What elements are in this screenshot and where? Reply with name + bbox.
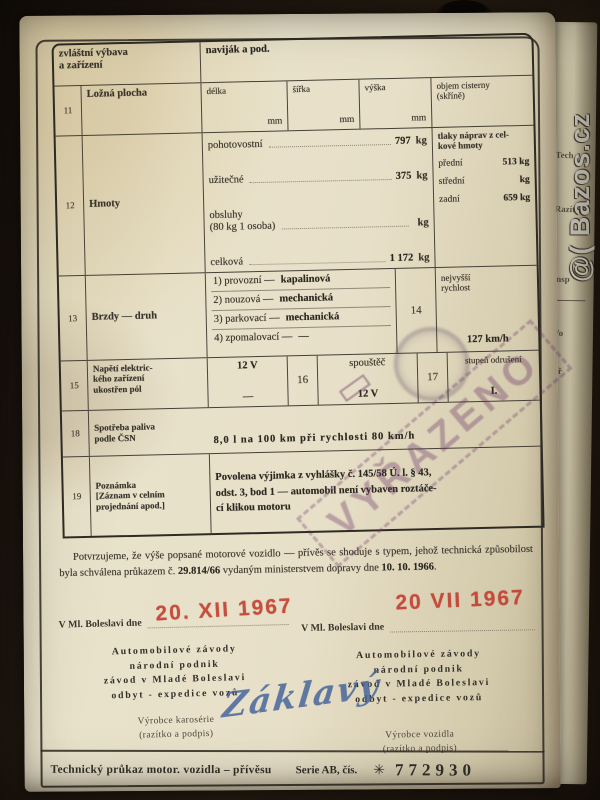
dotted-leader	[249, 261, 386, 265]
dotted-line	[390, 629, 535, 632]
weight-value: 1 172	[390, 252, 414, 265]
weight-label: celková	[210, 256, 243, 269]
voltage-value: 12 V	[237, 360, 258, 373]
brake-line: 4) zpomalovací — —	[212, 326, 391, 348]
brake-kind: 2) nouzová —	[213, 294, 273, 307]
certification-text: vydaným ministerstvem dopravy dne	[220, 563, 381, 577]
brake-value: —	[298, 331, 309, 343]
weight-value: 797	[395, 136, 411, 148]
row12-weights-cell: pohotovostní 797 kg užitečné 375 kg	[202, 128, 435, 272]
document-page: zvláštní výbava a zařízení naviják a pod…	[19, 12, 560, 792]
width-unit: mm	[339, 115, 354, 126]
weight-label: pohotovostní	[208, 139, 263, 152]
dotted-leader	[281, 226, 408, 230]
width-header: šířka	[292, 83, 353, 95]
signing-block-left: V Ml. Boleslavi dne Automobilové závody …	[58, 614, 291, 745]
weight-label: obsluhy (80 kg 1 osoba)	[209, 209, 275, 235]
weight-unit: kg	[417, 217, 428, 229]
special-equipment-value: naviják a pod.	[199, 35, 532, 83]
row15-voltage-cell: 12 V —	[207, 356, 288, 407]
row11-volume-header: objem cisterny (skříně)	[430, 76, 533, 127]
approval-date: 10. 10. 1966	[381, 562, 434, 574]
brake-value: mechanická	[279, 292, 333, 305]
weight-unit: kg	[418, 252, 429, 264]
weight-unit: kg	[416, 135, 427, 147]
footer-strip: Technický průkaz motor. vozidla – přívěs…	[41, 750, 545, 789]
weight-item: užitečné 375 kg	[208, 168, 427, 189]
row11-label: Ložná plocha	[80, 83, 201, 135]
certification-text: .	[434, 562, 437, 573]
length-unit: mm	[267, 117, 282, 128]
row18-label: Spotřeba paliva podle ČSN	[88, 408, 209, 456]
brake-value: mechanická	[286, 311, 340, 324]
axle-label: střední	[439, 176, 465, 188]
brake-value: kapalinová	[281, 273, 331, 286]
weight-value: 375	[396, 170, 412, 182]
weight-item: pohotovostní 797 kg	[208, 133, 427, 154]
row-number: 12	[56, 136, 85, 276]
weight-unit: kg	[416, 170, 427, 182]
axle-value: 513 kg	[503, 157, 530, 169]
document-serial-number: 772930	[395, 760, 476, 780]
axle-label: přední	[438, 158, 463, 169]
place-date-label: V Ml. Boleslavi dne	[58, 618, 141, 631]
axle-label: zadní	[439, 194, 460, 205]
weight-item: obsluhy (80 kg 1 osoba) kg	[209, 203, 429, 236]
row-number: 11	[54, 86, 81, 136]
row-number: 16	[287, 356, 318, 406]
height-unit: mm	[411, 113, 426, 124]
approval-number: 29.814/66	[178, 566, 220, 578]
length-header: délka	[206, 84, 281, 96]
axle-loads-header: tlaky náprav z cel- kové hmoty	[438, 129, 529, 152]
brake-kind: 1) provozní —	[213, 275, 275, 288]
row11-width-cell: šířka mm	[286, 80, 359, 131]
row-number: 19	[63, 457, 91, 537]
row19-label: Poznámka [Záznam v celním projednání apo…	[89, 454, 211, 536]
dotted-leader	[269, 144, 391, 148]
table-row-13-brakes: 13 Brzdy — druh 1) provozní — kapalinová…	[59, 265, 539, 361]
dotted-leader	[250, 179, 392, 183]
weight-label: užitečné	[209, 174, 244, 187]
top-speed-label: nejvyšší rychlost	[441, 272, 471, 293]
special-equipment-label: zvláštní výbava a zařízení	[54, 42, 201, 85]
row-number: 13	[59, 276, 87, 361]
starter-label: spouštěč	[349, 357, 385, 370]
star-icon: ✳	[373, 762, 385, 779]
height-header: výška	[364, 81, 425, 93]
axle-load-item: přední 513 kg	[438, 157, 529, 170]
axle-load-item: střední kg	[439, 174, 530, 187]
bazos-watermark: @( Bazos.cz	[565, 6, 596, 282]
axle-load-item: zadní 659 kg	[439, 192, 530, 205]
row-number: 18	[62, 411, 89, 457]
row-number: 15	[61, 361, 88, 411]
brake-kind: 3) parkovací —	[214, 313, 280, 327]
pole-value: —	[243, 391, 254, 403]
place-date-label: V Ml. Boleslavi dne	[301, 622, 384, 634]
vehicle-data-table: zvláštní výbava a zařízení naviják a pod…	[51, 33, 544, 539]
photo-of-document: Tech Razít insp Vo Př zvláštní výbava a …	[0, 0, 600, 800]
axle-value: kg	[520, 174, 530, 185]
row15-label: Napětí elektric- kého zařízení ukostřen …	[87, 358, 208, 410]
row12-axle-loads-cell: tlaky náprav z cel- kové hmoty přední 51…	[432, 126, 537, 267]
series-label: Serie AB, čís.	[296, 764, 358, 776]
axle-value: 659 kg	[503, 192, 530, 204]
row11-length-cell: délka mm	[200, 81, 287, 132]
table-row-12-weights: 12 Hmoty pohotovostní 797 kg užitečné	[56, 125, 537, 276]
document-title: Technický průkaz motor. vozidla – přívěs…	[51, 764, 272, 776]
row13-label: Brzdy — druh	[85, 273, 207, 360]
row12-label: Hmoty	[82, 133, 205, 275]
row11-height-cell: výška mm	[358, 78, 431, 129]
row13-brake-types-cell: 1) provozní — kapalinová 2) nouzová — me…	[205, 269, 397, 357]
brake-kind: 4) zpomalovací —	[214, 331, 292, 345]
